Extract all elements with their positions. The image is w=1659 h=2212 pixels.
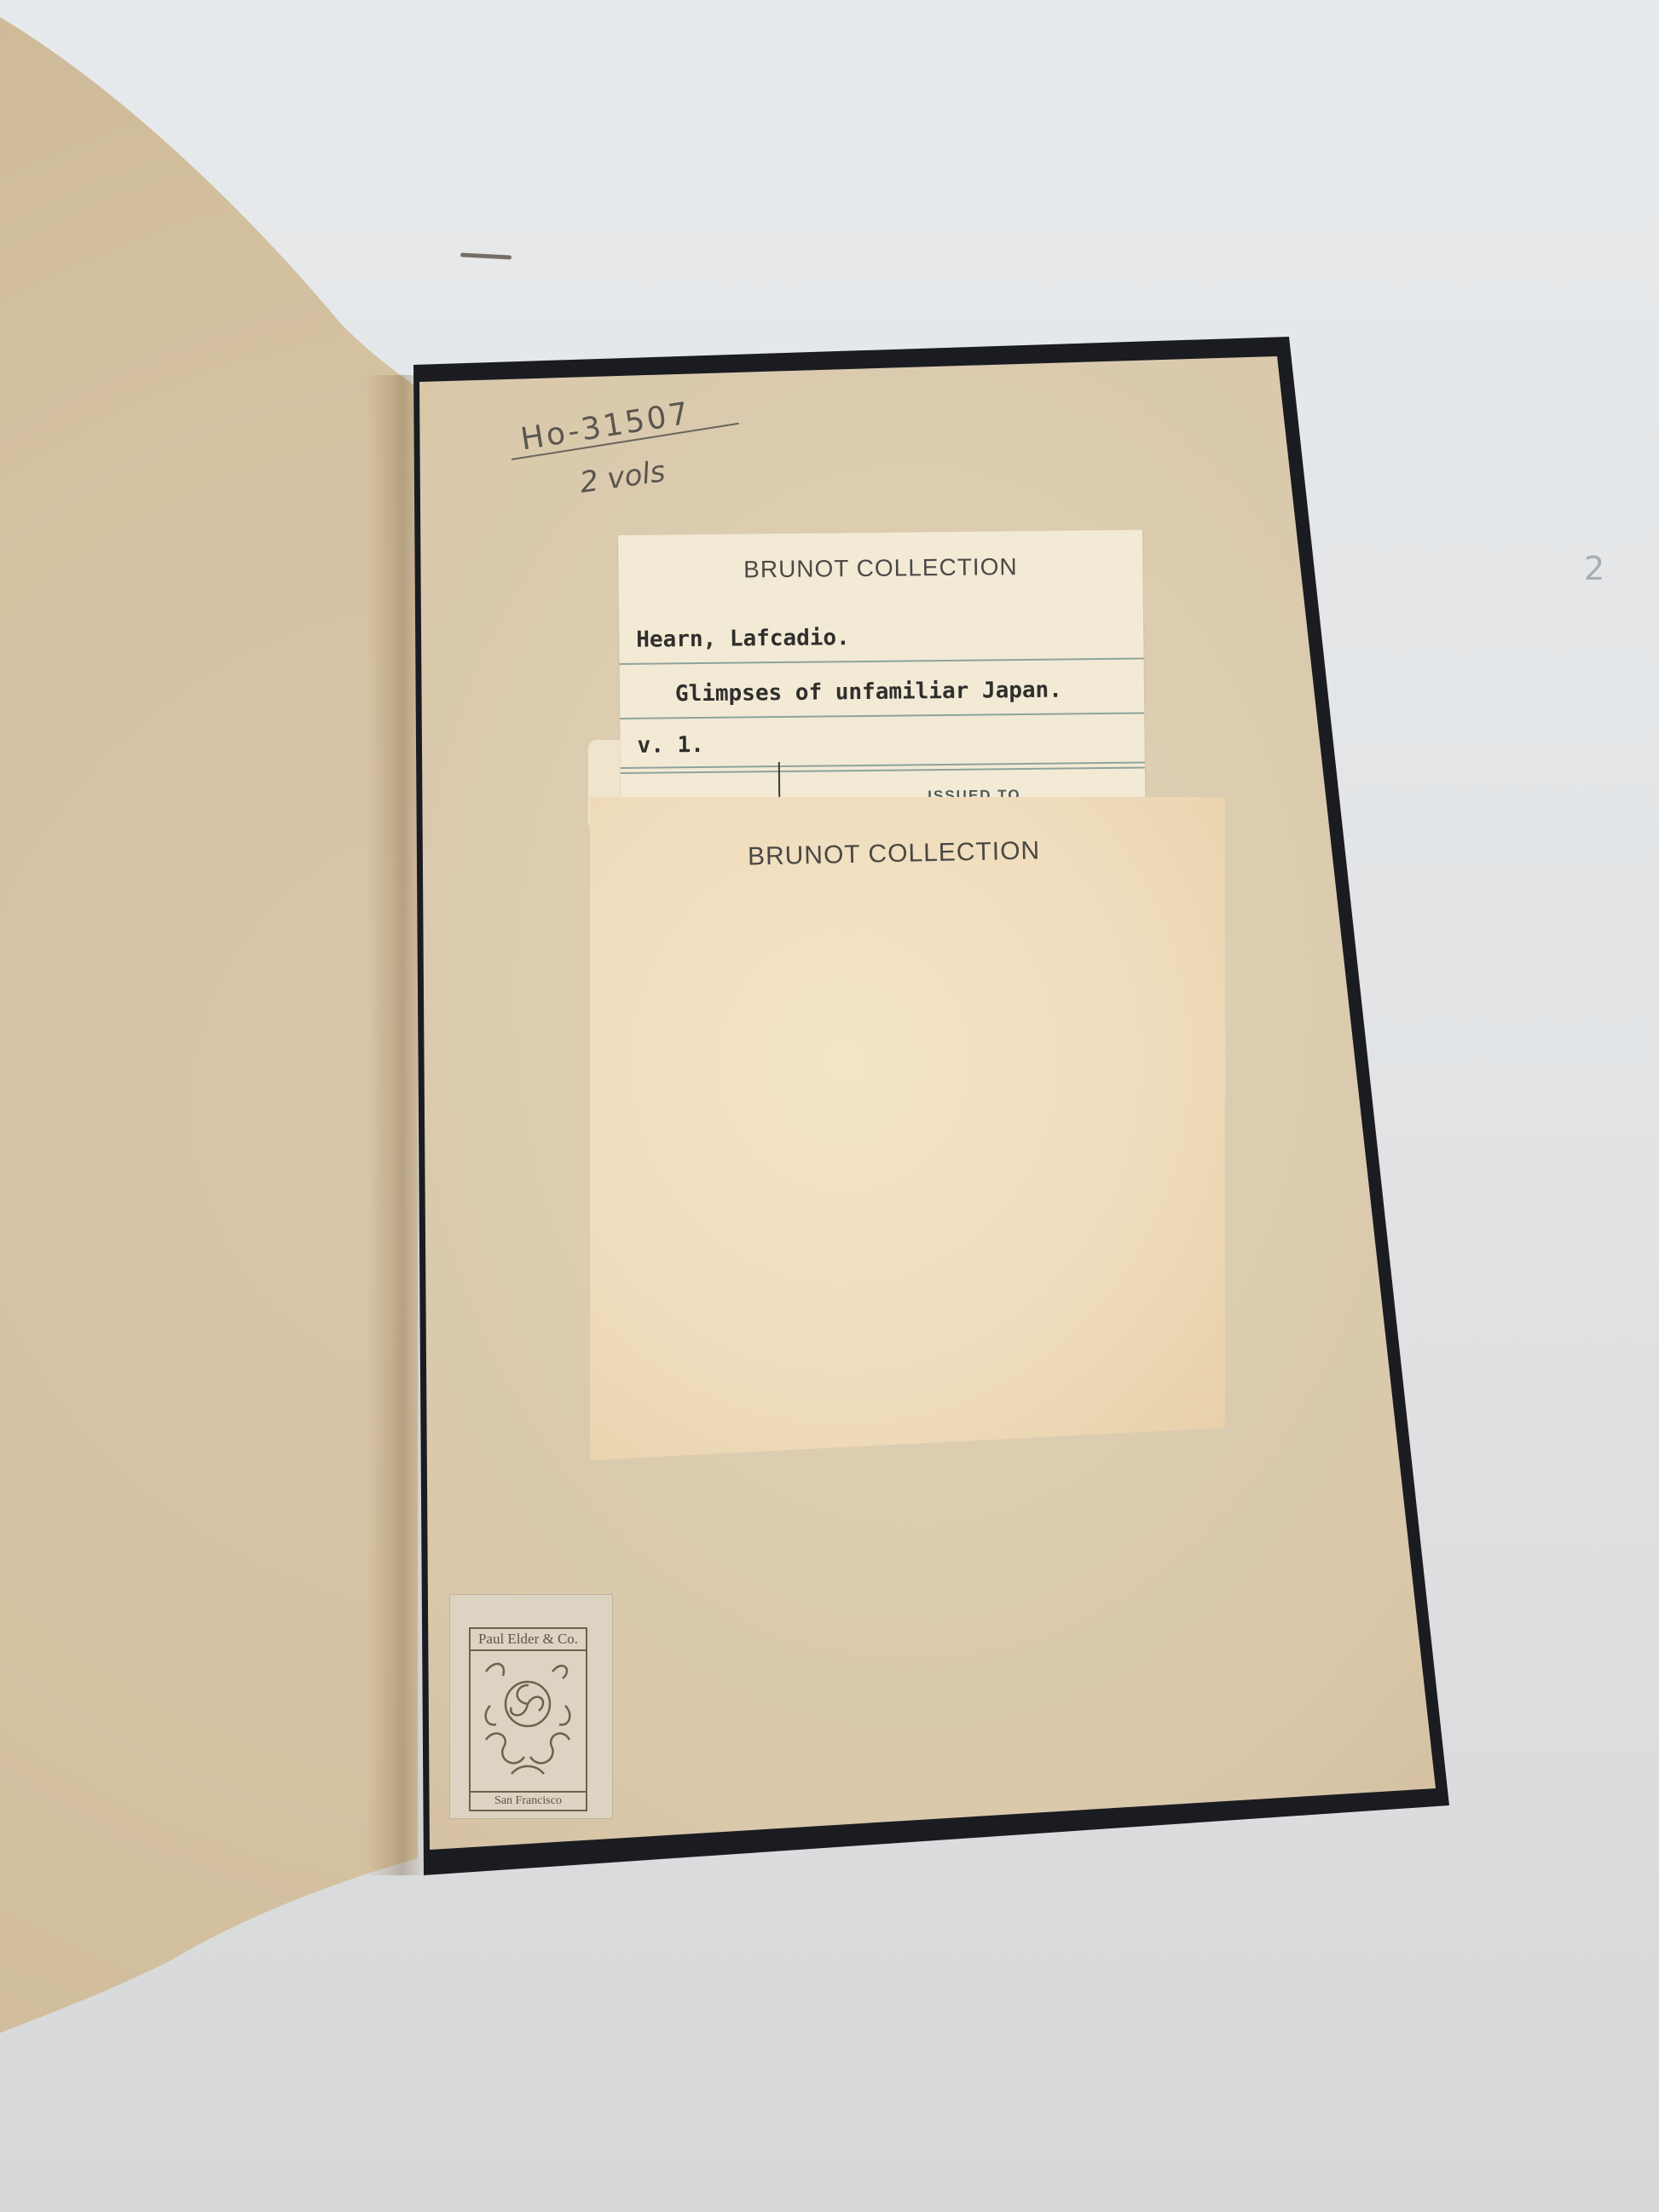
card-pocket: BRUNOT COLLECTION — [590, 797, 1225, 1460]
bookseller-label: Paul Elder & Co. San Francisco — [449, 1594, 613, 1819]
card-rule — [620, 713, 1144, 719]
call-number: Ho-31507 — [518, 396, 693, 458]
pencil-annotation: Ho-31507 2 vols — [512, 392, 767, 511]
label-name: Paul Elder & Co. — [471, 1631, 586, 1651]
card-header: BRUNOT COLLECTION — [618, 552, 1142, 585]
debris-mark — [460, 252, 512, 259]
card-volume: v. 1. — [637, 732, 704, 759]
pencil-squiggle: 2 — [1584, 550, 1604, 587]
library-book-card[interactable]: BRUNOT COLLECTION Hearn, Lafcadio. Glimp… — [618, 530, 1146, 842]
label-city: San Francisco — [471, 1791, 586, 1808]
card-author: Hearn, Lafcadio. — [636, 625, 850, 653]
card-rule — [620, 658, 1144, 665]
card-title: Glimpses of unfamiliar Japan. — [675, 678, 1062, 707]
volume-count: 2 vols — [578, 454, 668, 500]
triskelion-ornament-icon — [477, 1655, 578, 1781]
book-photo: 2 Ho-31507 2 vols BRUNOT COLLECTION Hear… — [0, 0, 1659, 2212]
pocket-header: BRUNOT COLLECTION — [748, 836, 1041, 871]
label-frame: Paul Elder & Co. San Francisco — [469, 1627, 587, 1811]
